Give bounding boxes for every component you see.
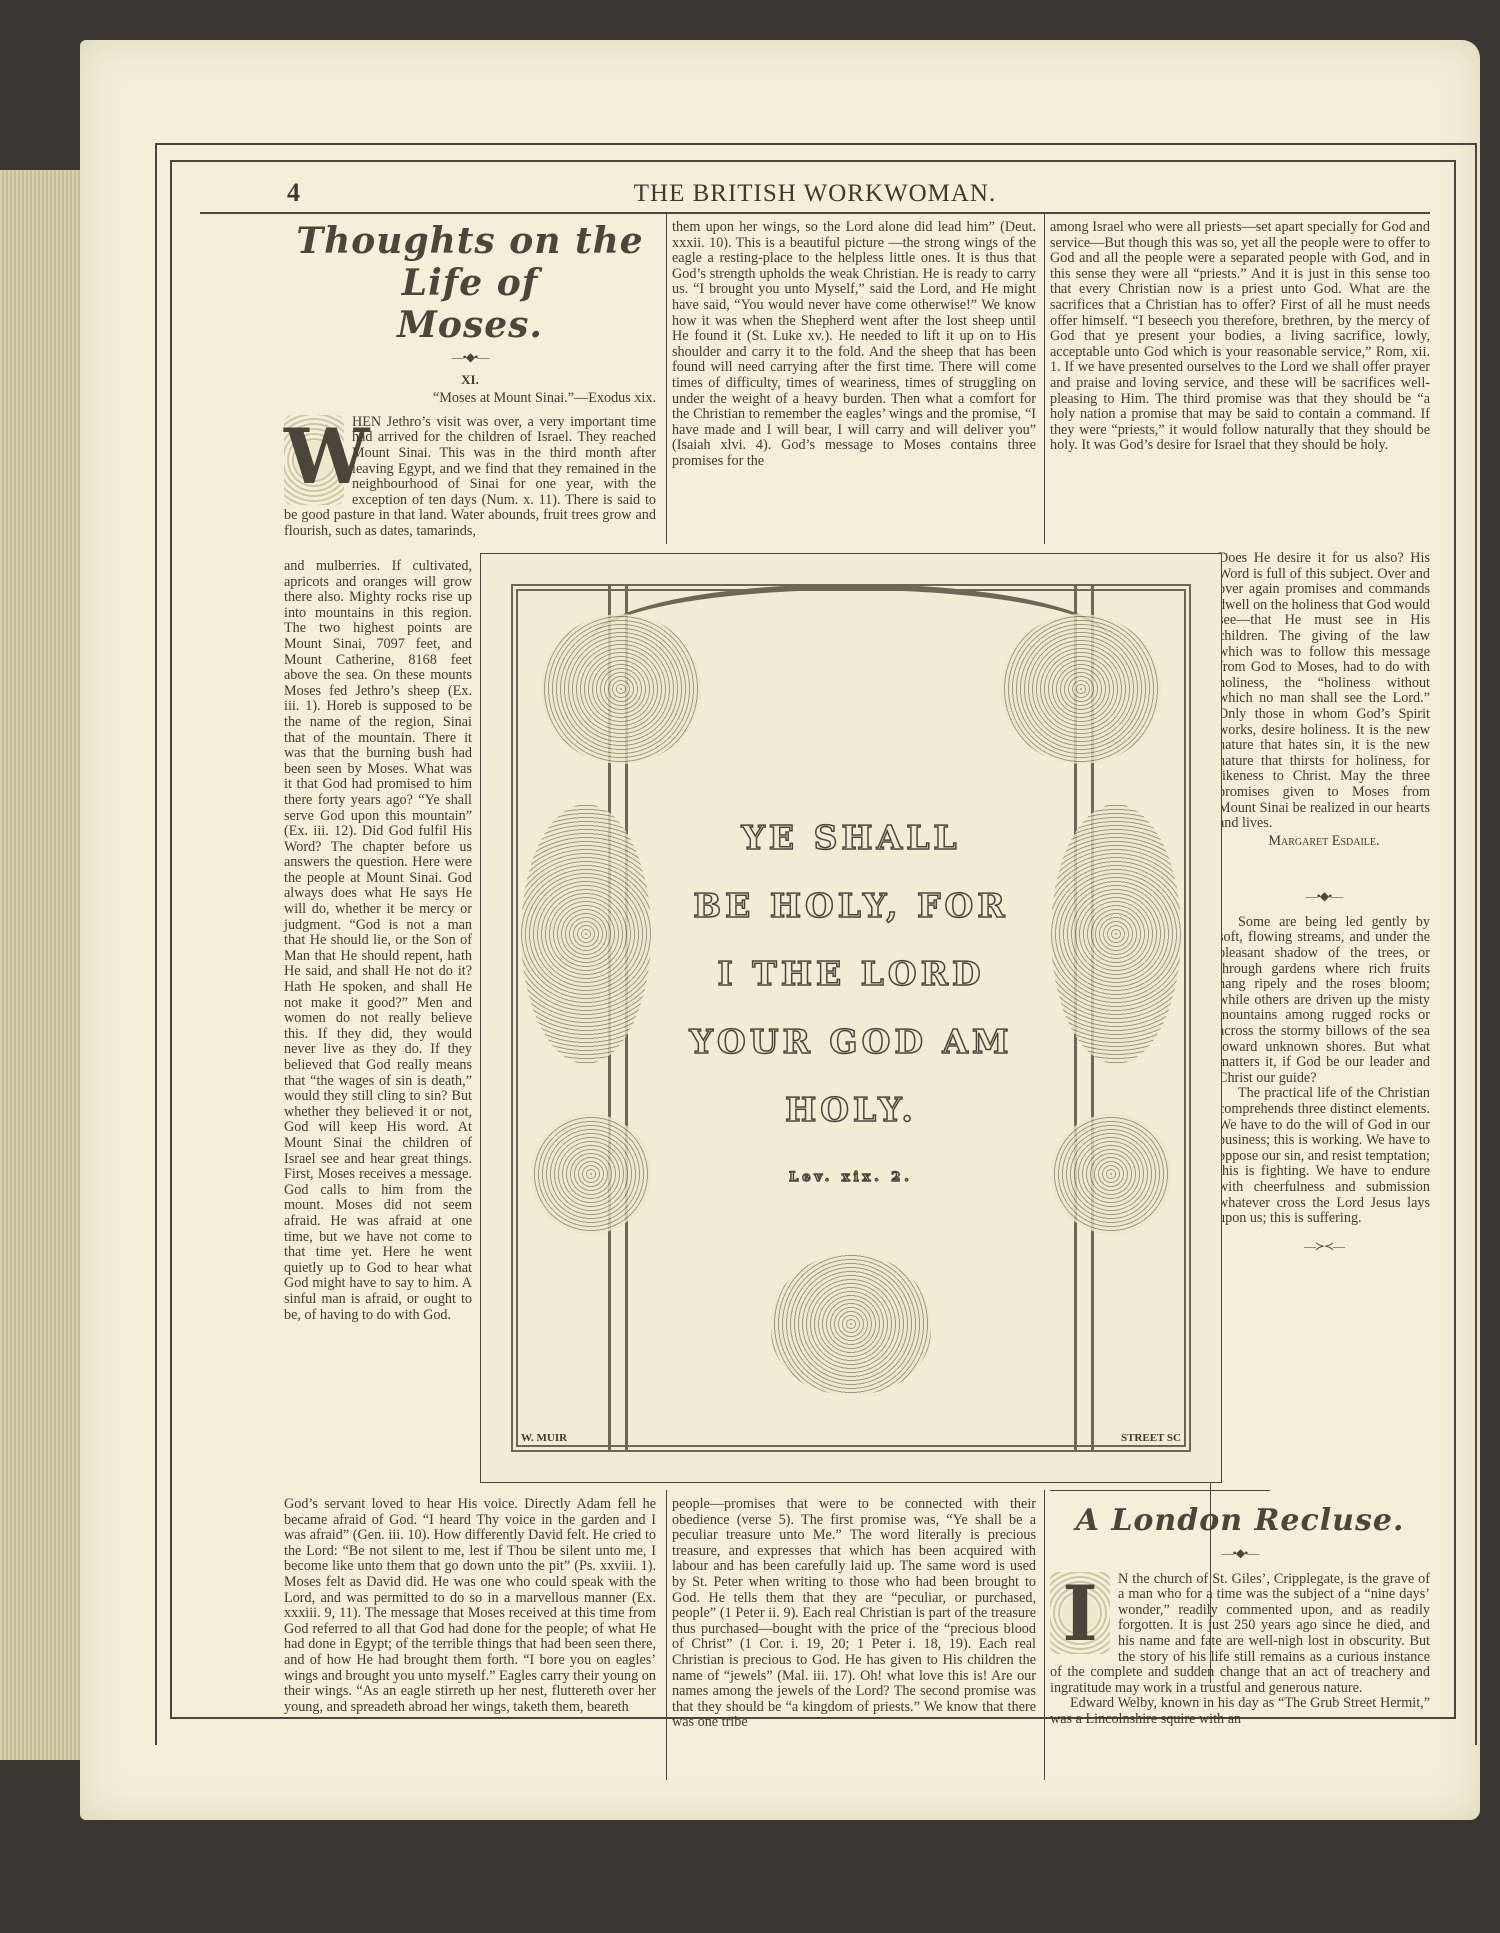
paragraph: The practical life of the Christian comp… [1218,1086,1430,1226]
section-rule [1050,1490,1270,1491]
column-divider [666,1490,667,1780]
paragraph: Does He desire it for us also? His Word … [1218,551,1430,832]
paragraph: them upon her wings, so the Lord alone d… [672,220,1036,470]
dropcap-ornament: W [284,415,344,505]
scripture-reference: Lev. xix. 2. [651,1144,1051,1212]
title-line: Moses. [284,304,656,346]
motto-line: YOUR GOD AM [651,1008,1051,1076]
motto-line: YE SHALL [651,804,1051,872]
dropcap-ornament: I [1050,1572,1110,1654]
article-moses-column-3: among Israel who were all priests—set ap… [1050,220,1430,454]
motto-line: I THE LORD [651,940,1051,1008]
engraver-signature: STREET SC [1121,1432,1181,1444]
title-line: Thoughts on the Life of [284,220,656,304]
iris-flower-right [1051,804,1181,1064]
article-moses-column-1-bottom: God’s servant loved to hear His voice. D… [284,1497,656,1715]
fuchsia-left [541,614,701,764]
paragraph: Edward Welby, known in his day as “The G… [1050,1696,1430,1727]
article-title: Thoughts on the Life of Moses. [284,220,656,346]
column-divider [1044,1490,1045,1780]
ornament-divider: —•◆•— [284,350,656,366]
epigraph: “Moses at Mount Sinai.”—Exodus xix. [284,391,656,407]
article-moses-column-1: Thoughts on the Life of Moses. —•◆•— XI.… [284,220,656,540]
artist-signature: W. MUIR [521,1432,567,1444]
paragraph: people—promises that were to be connecte… [672,1497,1036,1731]
motto-line: HOLY. [651,1076,1051,1144]
article-moses-column-2-bottom: people—promises that were to be connecte… [672,1497,1036,1731]
article-moses-column-3-narrow: Does He desire it for us also? His Word … [1218,551,1430,1254]
paragraph: Some are being led gently by soft, flowi… [1218,915,1430,1087]
column-divider [666,214,667,544]
paragraph: among Israel who were all priests—set ap… [1050,220,1430,454]
iris-flower-left [521,804,651,1064]
ornament-divider: —•◆•— [1218,889,1430,905]
fuchsia-right [1001,614,1161,764]
ornament-divider: —•◆•— [1050,1546,1430,1562]
paragraph: God’s servant loved to hear His voice. D… [284,1497,656,1715]
journal-title: THE BRITISH WORKWOMAN. [200,180,1430,208]
engraved-illustration: YE SHALL BE HOLY, FOR I THE LORD YOUR GO… [480,553,1222,1483]
author-signature: Margaret Esdaile. [1218,834,1430,850]
article-title: A London Recluse. [1050,1500,1430,1542]
article-moses-narrow-column: and mulberries. If cultivated, apricots … [284,559,472,1323]
motto-line: BE HOLY, FOR [651,872,1051,940]
pansy-right [1051,1114,1171,1234]
book-page-edges [0,170,90,1760]
end-ornament: —≻≺— [1218,1239,1430,1255]
paragraph: and mulberries. If cultivated, apricots … [284,559,472,1323]
wreath-knot [771,1254,931,1394]
pansy-left [531,1114,651,1234]
article-moses-column-2: them upon her wings, so the Lord alone d… [672,220,1036,470]
column-divider [1044,214,1045,544]
article-number: XI. [284,372,656,388]
article-london-recluse: A London Recluse. —•◆•— I N the church o… [1050,1500,1430,1728]
running-head: 4 THE BRITISH WORKWOMAN. [200,176,1430,214]
motto: YE SHALL BE HOLY, FOR I THE LORD YOUR GO… [651,804,1051,1212]
